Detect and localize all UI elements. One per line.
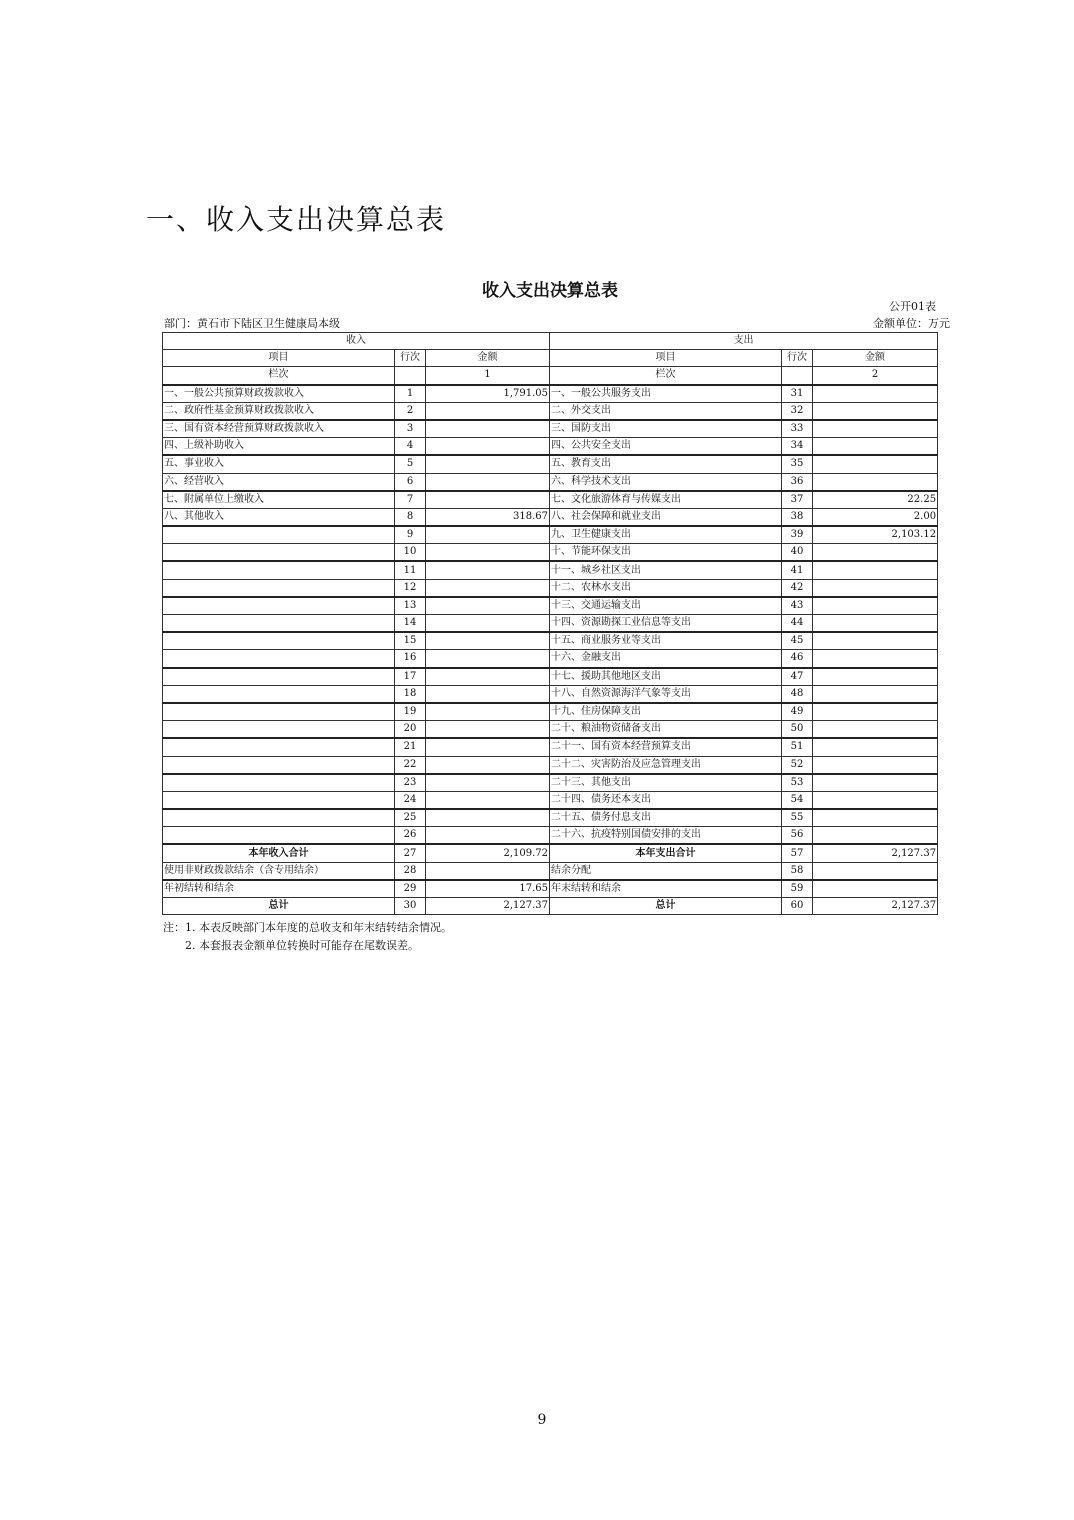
table-row: 13十三、交通运输支出43: [163, 597, 938, 615]
expense-item-cell: 年末结转和结余: [550, 880, 782, 898]
expense-row-no-cell: 43: [782, 597, 813, 615]
table-section-header-row: 收入 支出: [163, 333, 938, 350]
expense-amount-cell: [813, 774, 938, 792]
income-amount-cell: [426, 526, 550, 544]
expense-item-cell: 九、卫生健康支出: [550, 526, 782, 544]
table-row: 16十六、金融支出46: [163, 650, 938, 668]
expense-row-no-cell: 58: [782, 862, 813, 880]
expense-item-cell: 十六、金融支出: [550, 650, 782, 668]
table-row: 10十、节能环保支出40: [163, 544, 938, 562]
expense-amount-cell: [813, 862, 938, 880]
expense-row-no-cell: 46: [782, 650, 813, 668]
expense-row-no-cell: 60: [782, 898, 813, 915]
income-row-no-cell: 20: [395, 721, 426, 739]
income-row-no-cell: 22: [395, 756, 426, 774]
income-amount-cell: [426, 438, 550, 456]
expense-item-cell: 二十二、灾害防治及应急管理支出: [550, 756, 782, 774]
expense-amount-cell: [813, 597, 938, 615]
income-amount-cell: [426, 455, 550, 473]
table-row: 19十九、住房保障支出49: [163, 703, 938, 721]
expense-amount-header: 金额: [813, 350, 938, 367]
table-row: 25二十五、债务付息支出55: [163, 809, 938, 827]
income-amount-cell: [426, 402, 550, 420]
income-item-cell: 使用非财政拨款结余（含专用结余）: [163, 862, 395, 880]
income-item-cell: [163, 650, 395, 668]
expense-row-no-cell: 48: [782, 685, 813, 703]
income-row-no-cell: 26: [395, 827, 426, 845]
expense-item-cell: 一、一般公共服务支出: [550, 385, 782, 403]
expense-item-cell: 十、节能环保支出: [550, 544, 782, 562]
income-item-cell: 二、政府性基金预算财政拨款收入: [163, 402, 395, 420]
table-row: 15十五、商业服务业等支出45: [163, 632, 938, 650]
table-row: 一、一般公共预算财政拨款收入11,791.05一、一般公共服务支出31: [163, 385, 938, 403]
expense-item-cell: 十五、商业服务业等支出: [550, 632, 782, 650]
expense-row-no-cell: 59: [782, 880, 813, 898]
expense-column-number: 2: [813, 367, 938, 385]
income-amount-cell: 2,127.37: [426, 898, 550, 915]
income-item-cell: [163, 756, 395, 774]
expense-section-header: 支出: [550, 333, 938, 350]
expense-amount-cell: [813, 738, 938, 756]
expense-item-cell: 四、公共安全支出: [550, 438, 782, 456]
expense-item-cell: 六、科学技术支出: [550, 473, 782, 491]
income-item-cell: 七、附属单位上缴收入: [163, 491, 395, 509]
expense-amount-cell: [813, 827, 938, 845]
table-row: 年初结转和结余2917.65年末结转和结余59: [163, 880, 938, 898]
table-row: 24二十四、债务还本支出54: [163, 791, 938, 809]
table-row: 五、事业收入5五、教育支出35: [163, 455, 938, 473]
income-amount-cell: [426, 632, 550, 650]
expense-amount-cell: [813, 455, 938, 473]
income-item-cell: 四、上级补助收入: [163, 438, 395, 456]
income-item-cell: [163, 738, 395, 756]
expense-row-no-cell: 38: [782, 508, 813, 526]
table-row: 26二十六、抗疫特别国债安排的支出56: [163, 827, 938, 845]
table-row: 9九、卫生健康支出392,103.12: [163, 526, 938, 544]
income-amount-cell: [426, 561, 550, 579]
expense-row-no-cell: 31: [782, 385, 813, 403]
income-row-no-cell: 27: [395, 844, 426, 862]
expense-row-no-cell: 45: [782, 632, 813, 650]
table-row: 11十一、城乡社区支出41: [163, 561, 938, 579]
note-1: 注：1. 本表反映部门本年度的总收支和年末结转结余情况。: [163, 919, 452, 937]
expense-row-no-cell: 42: [782, 579, 813, 597]
table-row: 14十四、资源勘探工业信息等支出44: [163, 615, 938, 633]
expense-amount-cell: [813, 703, 938, 721]
income-item-cell: [163, 791, 395, 809]
income-item-cell: 一、一般公共预算财政拨款收入: [163, 385, 395, 403]
income-row-no-cell: 25: [395, 809, 426, 827]
income-row-no-cell: 17: [395, 668, 426, 686]
income-row-no-cell: 29: [395, 880, 426, 898]
income-row-no-cell: 18: [395, 685, 426, 703]
expense-row-no-cell: 41: [782, 561, 813, 579]
expense-row-no-cell: 47: [782, 668, 813, 686]
expense-item-header: 项目: [550, 350, 782, 367]
income-row-no-cell: 8: [395, 508, 426, 526]
income-amount-cell: [426, 420, 550, 438]
income-row-no-cell: 15: [395, 632, 426, 650]
income-item-cell: [163, 827, 395, 845]
income-item-cell: [163, 526, 395, 544]
income-row-no-cell: 1: [395, 385, 426, 403]
table-row: 22二十二、灾害防治及应急管理支出52: [163, 756, 938, 774]
expense-amount-cell: [813, 544, 938, 562]
expense-amount-cell: [813, 632, 938, 650]
income-column-number: 1: [426, 367, 550, 385]
income-section-header: 收入: [163, 333, 550, 350]
expense-amount-cell: [813, 438, 938, 456]
expense-amount-cell: [813, 473, 938, 491]
income-row-no-cell: 21: [395, 738, 426, 756]
note-2: 2. 本套报表金额单位转换时可能存在尾数误差。: [163, 937, 452, 955]
income-row-no-cell: 2: [395, 402, 426, 420]
income-row-no-cell: 23: [395, 774, 426, 792]
income-amount-cell: 318.67: [426, 508, 550, 526]
income-amount-cell: [426, 491, 550, 509]
income-item-cell: [163, 685, 395, 703]
income-amount-cell: [426, 756, 550, 774]
income-amount-cell: [426, 703, 550, 721]
income-item-cell: 三、国有资本经营预算财政拨款收入: [163, 420, 395, 438]
expense-column-blank: [782, 367, 813, 385]
income-item-cell: [163, 774, 395, 792]
income-amount-cell: 17.65: [426, 880, 550, 898]
income-item-cell: [163, 668, 395, 686]
expense-amount-cell: [813, 791, 938, 809]
expense-row-no-cell: 34: [782, 438, 813, 456]
expense-amount-cell: 2,103.12: [813, 526, 938, 544]
income-item-cell: 本年收入合计: [163, 844, 395, 862]
expense-amount-cell: [813, 402, 938, 420]
income-amount-cell: 2,109.72: [426, 844, 550, 862]
table-row: 23二十三、其他支出53: [163, 774, 938, 792]
table-notes: 注：1. 本表反映部门本年度的总收支和年末结转结余情况。 2. 本套报表金额单位…: [163, 919, 452, 955]
income-expense-table: 收入 支出 项目 行次 金额 项目 行次 金额 栏次 1 栏次 2 一、一般公共…: [162, 332, 938, 915]
income-row-no-cell: 7: [395, 491, 426, 509]
expense-row-no-cell: 39: [782, 526, 813, 544]
income-item-cell: [163, 721, 395, 739]
expense-row-no-cell: 36: [782, 473, 813, 491]
income-item-cell: [163, 809, 395, 827]
income-item-cell: 八、其他收入: [163, 508, 395, 526]
income-amount-cell: [426, 774, 550, 792]
income-amount-cell: [426, 473, 550, 491]
expense-item-cell: 十一、城乡社区支出: [550, 561, 782, 579]
income-amount-cell: [426, 668, 550, 686]
expense-item-cell: 二、外交支出: [550, 402, 782, 420]
section-heading: 一、收入支出决算总表: [146, 198, 446, 238]
expense-item-cell: 本年支出合计: [550, 844, 782, 862]
income-row-no-cell: 24: [395, 791, 426, 809]
expense-amount-cell: [813, 561, 938, 579]
income-row-no-cell: 19: [395, 703, 426, 721]
expense-row-no-cell: 44: [782, 615, 813, 633]
income-item-cell: 五、事业收入: [163, 455, 395, 473]
income-row-no-cell: 28: [395, 862, 426, 880]
expense-amount-cell: [813, 880, 938, 898]
table-total-row: 总计302,127.37总计602,127.37: [163, 898, 938, 915]
table-row: 六、经营收入6六、科学技术支出36: [163, 473, 938, 491]
expense-row-no-cell: 37: [782, 491, 813, 509]
income-item-cell: [163, 615, 395, 633]
expense-item-cell: 二十、粮油物资储备支出: [550, 721, 782, 739]
expense-item-cell: 总计: [550, 898, 782, 915]
expense-item-cell: 二十五、债务付息支出: [550, 809, 782, 827]
expense-row-no-cell: 54: [782, 791, 813, 809]
expense-amount-cell: [813, 756, 938, 774]
expense-item-cell: 十九、住房保障支出: [550, 703, 782, 721]
income-amount-cell: [426, 721, 550, 739]
expense-amount-cell: [813, 809, 938, 827]
expense-item-cell: 二十三、其他支出: [550, 774, 782, 792]
table-column-header-row: 项目 行次 金额 项目 行次 金额: [163, 350, 938, 367]
expense-amount-cell: [813, 615, 938, 633]
income-item-cell: 年初结转和结余: [163, 880, 395, 898]
expense-item-cell: 二十六、抗疫特别国债安排的支出: [550, 827, 782, 845]
income-column-blank: [395, 367, 426, 385]
table-row: 21二十一、国有资本经营预算支出51: [163, 738, 938, 756]
income-amount-cell: [426, 827, 550, 845]
table-column-number-row: 栏次 1 栏次 2: [163, 367, 938, 385]
expense-amount-cell: 2.00: [813, 508, 938, 526]
income-amount-cell: 1,791.05: [426, 385, 550, 403]
expense-row-no-cell: 32: [782, 402, 813, 420]
income-amount-cell: [426, 544, 550, 562]
table-row: 四、上级补助收入4四、公共安全支出34: [163, 438, 938, 456]
income-row-no-cell: 16: [395, 650, 426, 668]
income-item-cell: 六、经营收入: [163, 473, 395, 491]
table-row: 18十八、自然资源海洋气象等支出48: [163, 685, 938, 703]
expense-item-cell: 七、文化旅游体育与传媒支出: [550, 491, 782, 509]
income-amount-cell: [426, 650, 550, 668]
expense-row-no-cell: 40: [782, 544, 813, 562]
income-row-no-cell: 12: [395, 579, 426, 597]
expense-row-no-cell: 56: [782, 827, 813, 845]
expense-item-cell: 五、教育支出: [550, 455, 782, 473]
income-row-no-cell: 13: [395, 597, 426, 615]
income-amount-cell: [426, 862, 550, 880]
expense-item-cell: 结余分配: [550, 862, 782, 880]
department-label: 部门：黄石市下陆区卫生健康局本级: [164, 315, 340, 331]
expense-row-no-cell: 33: [782, 420, 813, 438]
income-amount-cell: [426, 791, 550, 809]
income-row-no-cell: 11: [395, 561, 426, 579]
expense-amount-cell: [813, 685, 938, 703]
expense-amount-cell: 2,127.37: [813, 898, 938, 915]
expense-row-no-cell: 55: [782, 809, 813, 827]
page-number: 9: [0, 1412, 1074, 1428]
expense-amount-cell: [813, 579, 938, 597]
income-row-no-cell: 30: [395, 898, 426, 915]
table-row: 三、国有资本经营预算财政拨款收入3三、国防支出33: [163, 420, 938, 438]
table-row: 七、附属单位上缴收入7七、文化旅游体育与传媒支出3722.25: [163, 491, 938, 509]
expense-item-cell: 十三、交通运输支出: [550, 597, 782, 615]
table-row: 17十七、援助其他地区支出47: [163, 668, 938, 686]
expense-item-cell: 十八、自然资源海洋气象等支出: [550, 685, 782, 703]
income-amount-cell: [426, 597, 550, 615]
income-row-no-cell: 14: [395, 615, 426, 633]
table-total-row: 本年收入合计272,109.72本年支出合计572,127.37: [163, 844, 938, 862]
expense-amount-cell: [813, 420, 938, 438]
expense-amount-cell: [813, 668, 938, 686]
expense-item-cell: 二十一、国有资本经营预算支出: [550, 738, 782, 756]
expense-item-cell: 十七、援助其他地区支出: [550, 668, 782, 686]
income-row-no-cell: 3: [395, 420, 426, 438]
expense-row-no-cell: 49: [782, 703, 813, 721]
expense-amount-cell: [813, 721, 938, 739]
expense-item-cell: 八、社会保障和就业支出: [550, 508, 782, 526]
income-row-no-cell: 5: [395, 455, 426, 473]
expense-item-cell: 十二、农林水支出: [550, 579, 782, 597]
income-item-header: 项目: [163, 350, 395, 367]
expense-row-no-header: 行次: [782, 350, 813, 367]
expense-column-label: 栏次: [550, 367, 782, 385]
expense-row-no-cell: 51: [782, 738, 813, 756]
income-item-cell: 总计: [163, 898, 395, 915]
expense-row-no-cell: 53: [782, 774, 813, 792]
expense-row-no-cell: 50: [782, 721, 813, 739]
table-row: 二、政府性基金预算财政拨款收入2二、外交支出32: [163, 402, 938, 420]
form-number: 公开01表: [889, 298, 936, 314]
expense-row-no-cell: 52: [782, 756, 813, 774]
income-row-no-cell: 6: [395, 473, 426, 491]
income-amount-cell: [426, 738, 550, 756]
expense-item-cell: 三、国防支出: [550, 420, 782, 438]
income-row-no-header: 行次: [395, 350, 426, 367]
table-row: 八、其他收入8318.67八、社会保障和就业支出382.00: [163, 508, 938, 526]
income-item-cell: [163, 632, 395, 650]
table-row: 12十二、农林水支出42: [163, 579, 938, 597]
expense-amount-cell: 22.25: [813, 491, 938, 509]
expense-item-cell: 二十四、债务还本支出: [550, 791, 782, 809]
expense-row-no-cell: 35: [782, 455, 813, 473]
amount-unit-label: 金额单位：万元: [873, 315, 950, 331]
income-item-cell: [163, 597, 395, 615]
income-row-no-cell: 10: [395, 544, 426, 562]
income-amount-cell: [426, 615, 550, 633]
income-amount-cell: [426, 809, 550, 827]
expense-item-cell: 十四、资源勘探工业信息等支出: [550, 615, 782, 633]
expense-amount-cell: 2,127.37: [813, 844, 938, 862]
table-row: 20二十、粮油物资储备支出50: [163, 721, 938, 739]
expense-amount-cell: [813, 650, 938, 668]
income-amount-cell: [426, 579, 550, 597]
expense-row-no-cell: 57: [782, 844, 813, 862]
income-row-no-cell: 4: [395, 438, 426, 456]
income-item-cell: [163, 579, 395, 597]
income-column-label: 栏次: [163, 367, 395, 385]
table-row: 使用非财政拨款结余（含专用结余）28结余分配58: [163, 862, 938, 880]
income-amount-header: 金额: [426, 350, 550, 367]
expense-amount-cell: [813, 385, 938, 403]
income-item-cell: [163, 703, 395, 721]
income-item-cell: [163, 561, 395, 579]
income-item-cell: [163, 544, 395, 562]
income-row-no-cell: 9: [395, 526, 426, 544]
income-amount-cell: [426, 685, 550, 703]
